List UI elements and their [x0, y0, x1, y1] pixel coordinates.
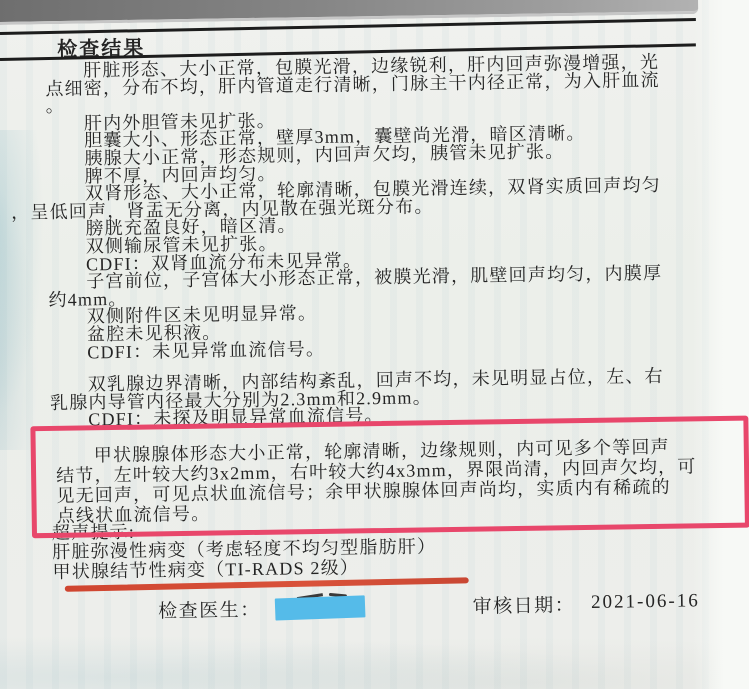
paper-stain-left [0, 130, 52, 450]
highlight-box: 甲状腺腺体形态大小正常，轮廓清晰，边缘规则，内可见多个等回声 结节，左叶较大约3… [30, 415, 749, 538]
signature-area [270, 593, 380, 621]
report-body: 肝脏形态、大小正常，包膜光滑，边缘锐利，肝内回声弥漫增强，光 点细密，分布不均，… [45, 53, 735, 625]
review-date-label: 审核日期： [472, 590, 575, 619]
report-sheet: 检查结果 肝脏形态、大小正常，包膜光滑，边缘锐利，肝内回声弥漫增强，光 点细密，… [0, 0, 749, 689]
signature-redaction [274, 596, 365, 621]
paper-stain-bottom [0, 629, 749, 689]
footer-row: 检查医生： 审核日期： 2021-06-16 [53, 588, 735, 625]
review-date-value: 2021-06-16 [591, 591, 700, 615]
doctor-label: 检查医生： [158, 595, 261, 624]
